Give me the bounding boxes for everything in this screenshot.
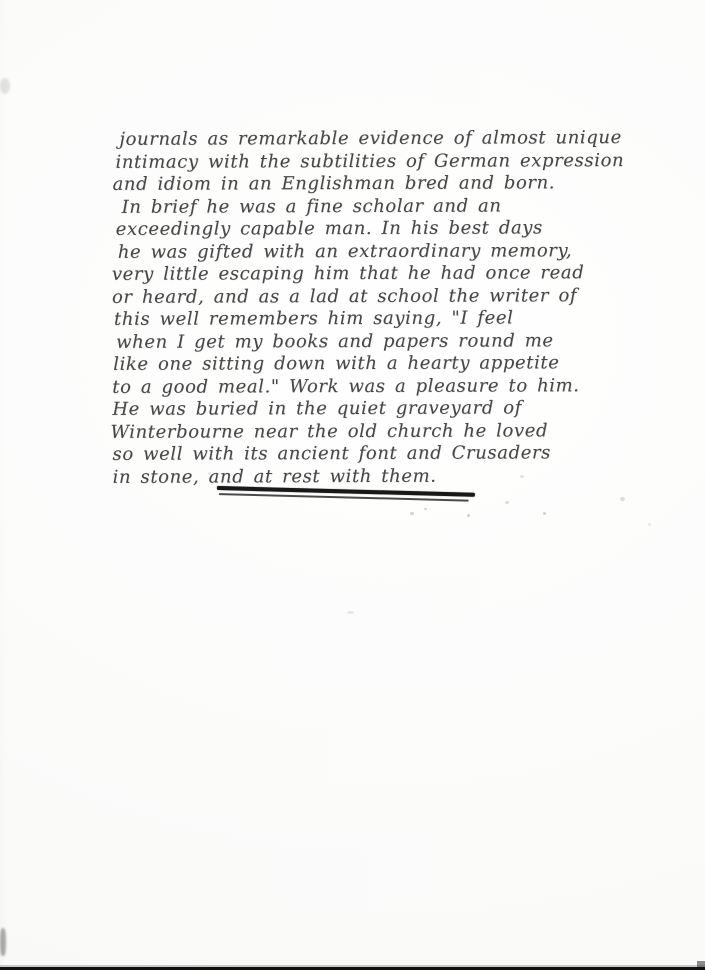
manuscript-page: journals as remarkable evidence of almos… bbox=[0, 0, 705, 970]
scan-speckle bbox=[543, 512, 546, 515]
handwritten-line: he was gifted with an extraordinary memo… bbox=[110, 240, 610, 264]
handwritten-line: like one sitting down with a hearty appe… bbox=[110, 352, 610, 376]
scan-speckle bbox=[424, 508, 427, 510]
handwritten-line: journals as remarkable evidence of almos… bbox=[109, 127, 609, 151]
scan-corner-notch bbox=[697, 961, 705, 967]
scan-speckle bbox=[620, 497, 625, 501]
handwritten-line: In brief he was a fine scholar and an bbox=[110, 195, 610, 219]
handwritten-line: exceedingly capable man. In his best day… bbox=[110, 217, 610, 241]
handwritten-line: in stone, and at rest with them. bbox=[111, 465, 611, 489]
handwritten-line: very little escaping him that he had onc… bbox=[110, 262, 610, 286]
handwritten-line: intimacy with the subtilities of German … bbox=[109, 150, 609, 174]
double-rule bbox=[217, 486, 475, 502]
scan-smudge bbox=[0, 928, 6, 956]
handwritten-line: Winterbourne near the old church he love… bbox=[110, 420, 610, 444]
scan-speckle bbox=[520, 475, 524, 478]
scan-speckle bbox=[208, 472, 211, 475]
handwritten-line: and idiom in an Englishman bred and born… bbox=[110, 172, 610, 196]
scan-speckle bbox=[648, 523, 651, 526]
scan-speckle bbox=[505, 501, 509, 504]
scan-smudge bbox=[0, 78, 10, 94]
handwritten-line: so well with its ancient font and Crusad… bbox=[110, 442, 610, 466]
handwritten-line: to a good meal." Work was a pleasure to … bbox=[110, 375, 610, 399]
scan-speckle bbox=[467, 514, 470, 517]
handwritten-line: or heard, and as a lad at school the wri… bbox=[110, 285, 610, 309]
scan-speckle bbox=[347, 611, 354, 614]
handwritten-line: this well remembers him saying, "I feel bbox=[110, 307, 610, 331]
handwritten-line: when I get my books and papers round me bbox=[110, 330, 610, 354]
handwriting-block: journals as remarkable evidence of almos… bbox=[109, 127, 610, 489]
scan-speckle bbox=[410, 512, 414, 515]
handwritten-line: He was buried in the quiet graveyard of bbox=[110, 397, 610, 421]
